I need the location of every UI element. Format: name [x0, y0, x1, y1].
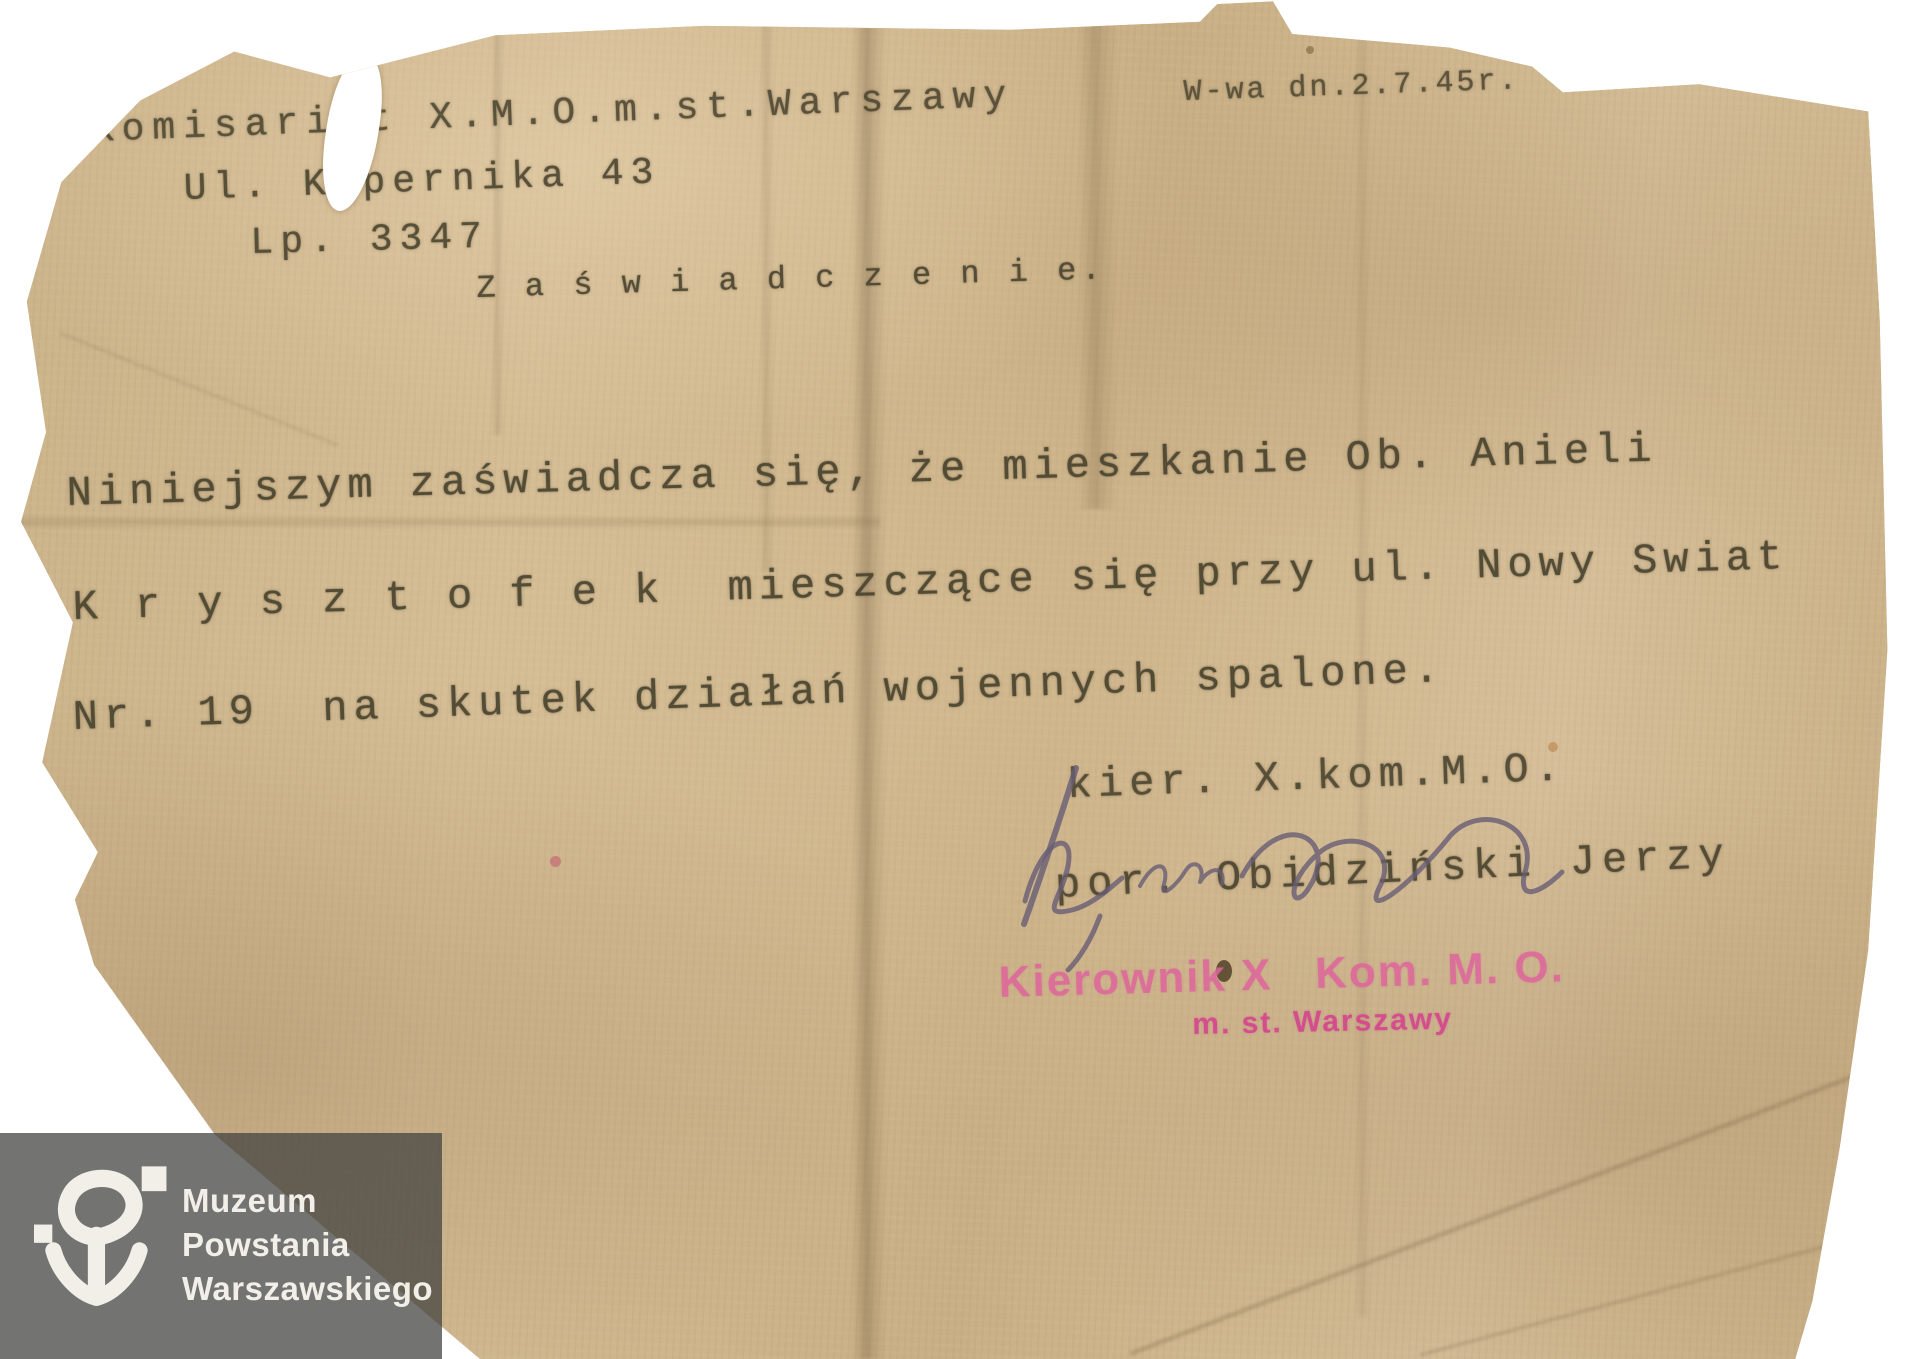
museum-watermark: Muzeum Powstania Warszawskiego	[0, 1133, 442, 1359]
pink-speck	[550, 856, 561, 867]
registry-number-line: Lp. 3347	[250, 216, 489, 265]
handwritten-signature	[980, 766, 1620, 976]
rubber-stamp-line-2: m. st. Warszawy	[1192, 1003, 1453, 1042]
document-scan: Komisariat X.M.O.m.st.Warszawy Ul. Koper…	[0, 0, 1920, 1359]
kotwica-anchor-icon	[34, 1161, 174, 1329]
museum-name: Muzeum Powstania Warszawskiego	[182, 1179, 433, 1311]
museum-name-line-1: Muzeum	[182, 1179, 433, 1223]
brown-speck	[1306, 46, 1314, 54]
museum-name-line-2: Powstania	[182, 1223, 433, 1267]
museum-name-line-3: Warszawskiego	[182, 1267, 433, 1311]
